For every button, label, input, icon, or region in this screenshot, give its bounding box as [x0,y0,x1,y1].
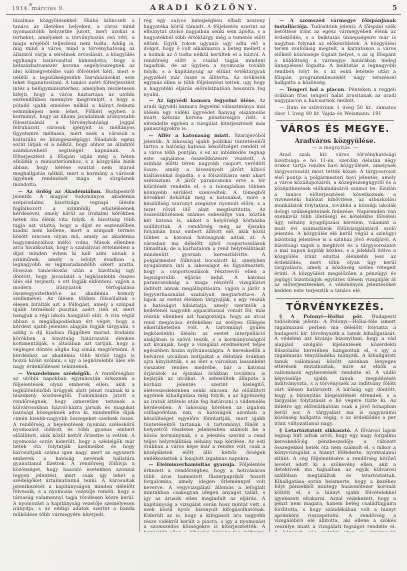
section-title-torvenykezes: TÖRVÉNYKEZÉS. [274,302,396,313]
news-paragraph: rég egy sulyos betegségben elhalt asszon… [144,19,266,98]
news-paragraph: § A Polonyi—Hollai pör. Budapesti tudósi… [274,315,396,428]
section-dateline: — a megnyitás. — [274,145,396,151]
page-header: 1914. március 9. ARADI KÖZLÖNY. 5 [0,0,407,13]
news-paragraph: — Tengeri hal a piacon. Pénteken a regge… [274,88,396,105]
torvenykezes-body: § A Polonyi—Hollai pör. Budapesti tudósi… [274,315,396,532]
varos-es-megye-body: Arad szab. kir. város törvényhatósági bi… [274,153,396,294]
news-paragraph: bizalmas közgyülésekkel. Hiába kilincsel… [13,19,135,189]
section-rule [276,298,394,299]
news-paragraph: — Rum és szilvórium 1 üveg 50 kr., zamat… [274,106,396,117]
news-paragraph: § Letartóztatott sikkasztó. A fővárosi l… [274,429,396,532]
section-subtitle-kozgyules: Aradváros közgyülése. [274,137,396,145]
column-left: bizalmas közgyülésekkel. Hiába kilincsel… [9,18,139,532]
newspaper-page: 1914. március 9. ARADI KÖZLÖNY. 5 bizalm… [0,0,407,571]
news-paragraph: — Élelmiszerhamisitás gyanuja. Följelent… [144,463,266,532]
news-paragraph: — Az ördög az Akadémiában. Budapestről j… [13,190,135,371]
page-date: 1914. március 9. [12,6,140,12]
page-number: 5 [269,4,397,12]
news-paragraph: — Affér a katonaság miatt. Szarajevóból … [144,134,266,462]
columns-area: bizalmas közgyülésekkel. Hiába kilincsel… [0,15,407,532]
news-paragraph: Arad szab. kir. város törvényhatósági bi… [274,153,396,294]
news-briefs: — A szomszéd vármegye főispánjának insta… [274,19,396,117]
masthead-title: ARADI KÖZLÖNY. [140,3,268,12]
column-middle: rég egy sulyos betegségben elhalt asszon… [139,18,270,532]
section-title-varos-es-megye: VÁROS ÉS MEGYE. [274,124,396,135]
news-paragraph: — Veszedelmes szédelgők. A rendőrséghez … [13,372,135,519]
column-right: — A szomszéd vármegye főispánjának insta… [269,18,400,532]
scan-speck-icon [29,3,32,6]
news-paragraph: — A szomszéd vármegye főispánjának insta… [274,19,396,87]
news-paragraph: — Az ügyvédi kamara fegyelmi ülése. Az a… [144,99,266,133]
section-rule [276,120,394,121]
